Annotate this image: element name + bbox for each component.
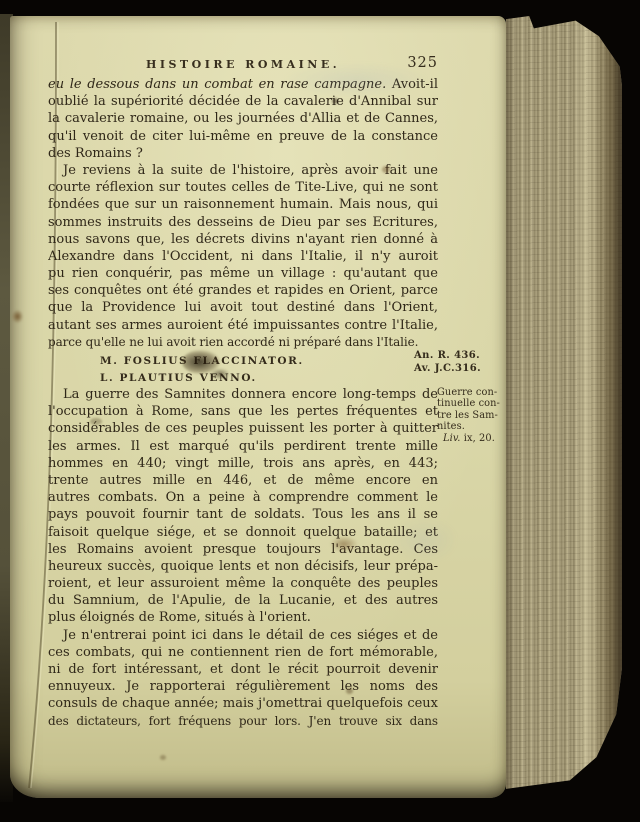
- text-line: hommes en 440; vingt mille, trois ans ap…: [48, 455, 438, 472]
- book-photo-background: HISTOIRE ROMAINE. 325 eu le dessous dans…: [0, 0, 640, 822]
- text-line: pays pouvoit fournir tant de soldats. To…: [48, 506, 438, 523]
- margin-note-line: nites.: [437, 421, 511, 432]
- text-line: Je reviens à la suite de l'histoire, apr…: [48, 162, 438, 179]
- text-line: Je n'entrerai point ici dans le détail d…: [48, 627, 438, 644]
- text-line: La guerre des Samnites donnera encore lo…: [48, 386, 438, 403]
- book-fore-edge: [506, 16, 622, 792]
- paragraph: La guerre des Samnites donnera encore lo…: [48, 386, 438, 627]
- text-line: l'occupation à Rome, sans que les pertes…: [48, 403, 438, 420]
- text-line: consuls de chaque année; mais j'omettrai…: [48, 695, 438, 712]
- margin-note-line: An. R. 436.: [414, 350, 502, 363]
- text-line: qu'il venoit de citer lui-même en preuve…: [48, 128, 438, 145]
- text-line: heureux succès, quoique lents et non déc…: [48, 558, 438, 575]
- text-line: roient, et leur assuroient même la conqu…: [48, 575, 438, 592]
- text-line: que la Providence lui avoit tout destiné…: [48, 299, 438, 316]
- text-line: considérables de ces peuples puissent le…: [48, 420, 438, 437]
- text-line: Alexandre dans l'Occident, ni dans l'Ita…: [48, 248, 438, 265]
- italic-text: Liv.: [443, 433, 461, 444]
- paper-speck: [160, 755, 166, 760]
- text-line: du Samnium, de l'Apulie, de la Lucanie, …: [48, 592, 438, 609]
- text-line: ses conquêtes ont été grandes et rapides…: [48, 282, 438, 299]
- page-header: HISTOIRE ROMAINE. 325: [48, 58, 438, 78]
- text-line: autant ses armes auroient été impuissant…: [48, 317, 438, 334]
- margin-note-line: tinuelle con-: [437, 398, 511, 409]
- running-title: HISTOIRE ROMAINE.: [48, 58, 438, 71]
- book-page: HISTOIRE ROMAINE. 325 eu le dessous dans…: [10, 16, 506, 798]
- text-line: fondées que sur un raisonnement humain. …: [48, 196, 438, 213]
- text-line: sommes instruits des desseins de Dieu pa…: [48, 214, 438, 231]
- margin-note-reference: Liv. ix, 20.: [437, 433, 511, 444]
- page-number: 325: [407, 55, 438, 71]
- text-line: courte réflexion sur toutes celles de Ti…: [48, 179, 438, 196]
- margin-note-chronology: An. R. 436.Av. J.C.316.: [414, 350, 502, 376]
- text-line: des Romains ?: [48, 145, 438, 162]
- consul-name: M. FOSLIUS FLACCINATOR.: [100, 353, 438, 370]
- margin-note-line: tre les Sam-: [437, 410, 511, 421]
- consul-name: L. PLAUTIUS VENNO.: [100, 370, 438, 387]
- text-line: plus éloignés de Rome, situés à l'orient…: [48, 609, 438, 626]
- italic-text: eu le dessous dans un combat en rase cam…: [48, 77, 386, 92]
- text-line: les Romains avoient presque toujours l'a…: [48, 541, 438, 558]
- text-line: eu le dessous dans un combat en rase cam…: [48, 76, 438, 93]
- text-line: trente autres mille en 446, et de même e…: [48, 472, 438, 489]
- text-line: des dictateurs, fort fréquens pour lors.…: [48, 713, 438, 730]
- text-line: faisoit quelque siége, et se donnoit que…: [48, 524, 438, 541]
- margin-note-line: Guerre con-: [437, 387, 511, 398]
- text-line: ennuyeux. Je rapporterai régulièrement l…: [48, 678, 438, 695]
- paragraph: Je n'entrerai point ici dans le détail d…: [48, 627, 438, 730]
- text-line: nous savons que, les décrets divins n'ay…: [48, 231, 438, 248]
- margin-note-line: Av. J.C.316.: [414, 363, 502, 376]
- text-line: autres combats. On a peine à comprendre …: [48, 489, 438, 506]
- paragraph: eu le dessous dans un combat en rase cam…: [48, 76, 438, 162]
- text-line: oublié la supériorité décidée de la cava…: [48, 93, 438, 110]
- text-line: ni de fort intéressant, et dont le récit…: [48, 661, 438, 678]
- text-line: la cavalerie romaine, ou les journées d'…: [48, 110, 438, 127]
- consul-list: M. FOSLIUS FLACCINATOR.L. PLAUTIUS VENNO…: [48, 351, 438, 386]
- margin-note-topic: Guerre con-tinuelle con-tre les Sam-nite…: [437, 387, 511, 444]
- text-line: pu rien conquérir, pas même un village :…: [48, 265, 438, 282]
- text-line: parce qu'elle ne lui avoit rien accordé …: [48, 334, 438, 351]
- text-line: ces combats, qui ne contiennent rien de …: [48, 644, 438, 661]
- body-text-column: eu le dessous dans un combat en rase cam…: [48, 76, 438, 730]
- paragraph: Je reviens à la suite de l'histoire, apr…: [48, 162, 438, 351]
- text-line: les armes. Il est marqué qu'ils perdiren…: [48, 438, 438, 455]
